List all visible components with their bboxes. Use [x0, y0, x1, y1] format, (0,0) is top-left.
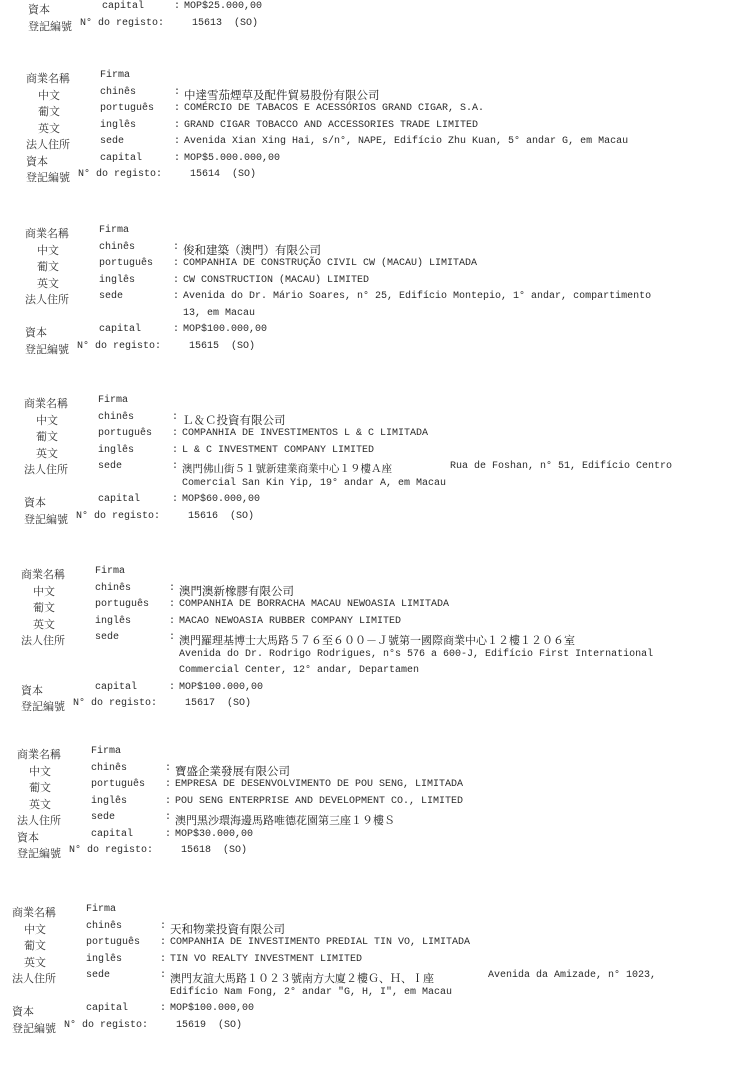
registo-suffix: (SO)	[223, 845, 247, 856]
colon: :	[169, 632, 175, 643]
registo-label-pt: N° do registo:	[69, 845, 153, 856]
registo-label-pt: N° do registo:	[64, 1020, 148, 1031]
capital-label-zh: 資本	[24, 494, 46, 510]
portugues-label-zh: 葡文	[24, 937, 46, 953]
colon: :	[169, 599, 175, 610]
colon: :	[169, 583, 175, 594]
capital-value: MOP$25.000,00	[184, 1, 262, 12]
sede-label-zh: 法人住所	[21, 632, 65, 648]
firma-label-zh: 商業名稱	[24, 395, 68, 411]
capital-value: MOP$100.000,00	[179, 682, 263, 693]
colon: :	[169, 616, 175, 627]
sede-label-zh: 法人住所	[12, 970, 56, 986]
colon: :	[173, 275, 179, 286]
capital-value: MOP$60.000,00	[182, 494, 260, 505]
sede-label-pt: sede	[98, 461, 122, 472]
ingles-label-zh: 英文	[37, 275, 59, 291]
colon: :	[173, 324, 179, 335]
ingles-label-pt: inglês	[98, 445, 134, 456]
capital-label-zh: 資本	[17, 829, 39, 845]
registo-number: 15616	[188, 511, 218, 522]
ingles-label-pt: inglês	[95, 616, 131, 627]
company-name-portuguese: COMPANHIA DE CONSTRUÇÃO CIVIL CW (MACAU)…	[183, 258, 477, 269]
chines-label-zh: 中文	[38, 87, 60, 103]
colon: :	[165, 812, 171, 823]
company-name-chinese: 中達雪茄煙草及配件貿易股份有限公司	[184, 87, 380, 103]
scanned-document-page: 資本 capital : MOP$25.000,00 登記編號 N° do re…	[0, 0, 746, 1074]
registo-suffix: (SO)	[218, 1020, 242, 1031]
firma-label-zh: 商業名稱	[17, 746, 61, 762]
registo-label-zh: 登記編號	[24, 511, 68, 527]
sede-label-zh: 法人住所	[24, 461, 68, 477]
registo-label-pt: N° do registo:	[78, 169, 162, 180]
capital-label-pt: capital	[102, 1, 144, 12]
ingles-label-zh: 英文	[33, 616, 55, 632]
sede-address-line: Avenida Xian Xing Hai, s/n°, NAPE, Edifí…	[184, 136, 628, 147]
portugues-label-pt: português	[99, 258, 153, 269]
company-name-portuguese: COMPANHIA DE BORRACHA MACAU NEWOASIA LIM…	[179, 599, 449, 610]
sede-address-line: Avenida do Dr. Mário Soares, n° 25, Edif…	[183, 291, 651, 302]
sede-label-pt: sede	[91, 812, 115, 823]
company-name-english: GRAND CIGAR TOBACCO AND ACCESSORIES TRAD…	[184, 120, 478, 131]
colon: :	[160, 970, 166, 981]
registo-suffix: (SO)	[234, 18, 258, 29]
sede-address-line: Commercial Center, 12° andar, Departamen	[179, 665, 419, 676]
chines-label-zh: 中文	[36, 412, 58, 428]
colon: :	[174, 153, 180, 164]
sede-label-zh: 法人住所	[26, 136, 70, 152]
colon: :	[174, 103, 180, 114]
company-name-chinese: Ｌ＆Ｃ投資有限公司	[182, 412, 286, 428]
colon: :	[172, 494, 178, 505]
company-name-portuguese: EMPRESA DE DESENVOLVIMENTO DE POU SENG, …	[175, 779, 463, 790]
capital-value: MOP$100.000,00	[170, 1003, 254, 1014]
capital-label-zh: 資本	[21, 682, 43, 698]
firma-label-pt: Firma	[98, 395, 128, 406]
company-name-english: TIN VO REALTY INVESTMENT LIMITED	[170, 954, 362, 965]
capital-label-zh: 資本	[28, 1, 50, 17]
company-name-english: CW CONSTRUCTION (MACAU) LIMITED	[183, 275, 369, 286]
registo-label-zh: 登記編號	[12, 1020, 56, 1036]
ingles-label-zh: 英文	[24, 954, 46, 970]
capital-label-zh: 資本	[25, 324, 47, 340]
colon: :	[169, 682, 175, 693]
sede-address-line: Rua de Foshan, n° 51, Edifício Centro	[450, 461, 672, 472]
company-name-english: MACAO NEWOASIA RUBBER COMPANY LIMITED	[179, 616, 401, 627]
firma-label-zh: 商業名稱	[21, 566, 65, 582]
chines-label-zh: 中文	[29, 763, 51, 779]
colon: :	[172, 412, 178, 423]
registo-number: 15614	[190, 169, 220, 180]
capital-value: MOP$30.000,00	[175, 829, 253, 840]
colon: :	[174, 120, 180, 131]
sede-address-chinese: 澳門友誼大馬路１０２３號南方大廈２樓Ｇ、Ｈ、Ｉ座	[170, 970, 434, 986]
firma-label-pt: Firma	[91, 746, 121, 757]
registo-number: 15613	[192, 18, 222, 29]
colon: :	[174, 136, 180, 147]
registo-number: 15617	[185, 698, 215, 709]
registo-label-pt: N° do registo:	[77, 341, 161, 352]
firma-label-zh: 商業名稱	[26, 70, 70, 86]
company-name-english: L & C INVESTMENT COMPANY LIMITED	[182, 445, 374, 456]
firma-label-zh: 商業名稱	[12, 904, 56, 920]
registo-suffix: (SO)	[227, 698, 251, 709]
company-name-portuguese: COMPANHIA DE INVESTIMENTOS L & C LIMITAD…	[182, 428, 428, 439]
sede-label-zh: 法人住所	[17, 812, 61, 828]
colon: :	[173, 258, 179, 269]
registo-suffix: (SO)	[232, 169, 256, 180]
capital-label-pt: capital	[98, 494, 140, 505]
company-name-chinese: 天和物業投資有限公司	[170, 921, 285, 937]
sede-address-line: 13, em Macau	[183, 308, 255, 319]
colon: :	[160, 937, 166, 948]
firma-label-pt: Firma	[86, 904, 116, 915]
firma-label-pt: Firma	[99, 225, 129, 236]
portugues-label-zh: 葡文	[37, 258, 59, 274]
registo-label-pt: N° do registo:	[80, 18, 164, 29]
chines-label-pt: chinês	[100, 87, 136, 98]
sede-label-pt: sede	[100, 136, 124, 147]
firma-label-pt: Firma	[100, 70, 130, 81]
portugues-label-zh: 葡文	[38, 103, 60, 119]
capital-label-pt: capital	[95, 682, 137, 693]
portugues-label-pt: português	[86, 937, 140, 948]
ingles-label-zh: 英文	[29, 796, 51, 812]
registo-label-pt: N° do registo:	[73, 698, 157, 709]
portugues-label-pt: português	[98, 428, 152, 439]
company-name-english: POU SENG ENTERPRISE AND DEVELOPMENT CO.,…	[175, 796, 463, 807]
capital-label-pt: capital	[91, 829, 133, 840]
registo-label-zh: 登記編號	[26, 169, 70, 185]
ingles-label-pt: inglês	[91, 796, 127, 807]
registo-suffix: (SO)	[230, 511, 254, 522]
registo-number: 15619	[176, 1020, 206, 1031]
sede-address-line: Comercial San Kin Yip, 19° andar A, em M…	[182, 478, 446, 489]
sede-label-pt: sede	[95, 632, 119, 643]
sede-label-zh: 法人住所	[25, 291, 69, 307]
ingles-label-pt: inglês	[86, 954, 122, 965]
ingles-label-pt: inglês	[99, 275, 135, 286]
portugues-label-zh: 葡文	[29, 779, 51, 795]
registo-number: 15618	[181, 845, 211, 856]
sede-address-chinese: 澳門羅理基博士大馬路５７６至６００－Ｊ號第一國際商業中心１２樓１２０６室	[179, 632, 575, 648]
colon: :	[165, 829, 171, 840]
portugues-label-pt: português	[100, 103, 154, 114]
portugues-label-zh: 葡文	[36, 428, 58, 444]
registo-label-pt: N° do registo:	[76, 511, 160, 522]
registo-suffix: (SO)	[231, 341, 255, 352]
registo-label-zh: 登記編號	[25, 341, 69, 357]
chines-label-pt: chinês	[91, 763, 127, 774]
sede-label-pt: sede	[99, 291, 123, 302]
capital-label-pt: capital	[86, 1003, 128, 1014]
portugues-label-pt: português	[91, 779, 145, 790]
portugues-label-pt: português	[95, 599, 149, 610]
sede-address-chinese: 澳門佛山街５１號新建業商業中心１９樓Ａ座	[182, 461, 392, 476]
colon: :	[172, 445, 178, 456]
chines-label-zh: 中文	[33, 583, 55, 599]
ingles-label-zh: 英文	[38, 120, 60, 136]
colon: :	[160, 921, 166, 932]
sede-address-chinese: 澳門黑沙環海邊馬路唯德花園第三座１９樓Ｓ	[175, 812, 395, 828]
company-name-chinese: 俊和建築（澳門）有限公司	[183, 242, 321, 258]
sede-address-line: Avenida do Dr. Rodrigo Rodrigues, n°s 57…	[179, 649, 653, 660]
sede-address-line: Avenida da Amizade, n° 1023,	[488, 970, 656, 981]
colon: :	[174, 1, 180, 12]
company-name-chinese: 澳門澳新橡膠有限公司	[179, 583, 294, 599]
colon: :	[165, 779, 171, 790]
chines-label-zh: 中文	[24, 921, 46, 937]
capital-label-zh: 資本	[26, 153, 48, 169]
ingles-label-zh: 英文	[36, 445, 58, 461]
portugues-label-zh: 葡文	[33, 599, 55, 615]
sede-label-pt: sede	[86, 970, 110, 981]
firma-label-zh: 商業名稱	[25, 225, 69, 241]
capital-label-pt: capital	[100, 153, 142, 164]
capital-label-zh: 資本	[12, 1003, 34, 1019]
sede-address-line: Edifício Nam Fong, 2° andar "G, H, I", e…	[170, 987, 452, 998]
company-name-portuguese: COMPANHIA DE INVESTIMENTO PREDIAL TIN VO…	[170, 937, 470, 948]
company-name-portuguese: COMÉRCIO DE TABACOS E ACESSÓRIOS GRAND C…	[184, 103, 484, 114]
firma-label-pt: Firma	[95, 566, 125, 577]
ingles-label-pt: inglês	[100, 120, 136, 131]
colon: :	[165, 763, 171, 774]
registo-number: 15615	[189, 341, 219, 352]
registo-label-zh: 登記編號	[28, 18, 72, 34]
colon: :	[165, 796, 171, 807]
chines-label-pt: chinês	[95, 583, 131, 594]
capital-label-pt: capital	[99, 324, 141, 335]
registo-label-zh: 登記編號	[21, 698, 65, 714]
colon: :	[172, 428, 178, 439]
chines-label-pt: chinês	[86, 921, 122, 932]
colon: :	[172, 461, 178, 472]
chines-label-pt: chinês	[98, 412, 134, 423]
colon: :	[173, 242, 179, 253]
colon: :	[173, 291, 179, 302]
colon: :	[160, 954, 166, 965]
colon: :	[160, 1003, 166, 1014]
registo-label-zh: 登記編號	[17, 845, 61, 861]
colon: :	[174, 87, 180, 98]
chines-label-zh: 中文	[37, 242, 59, 258]
capital-value: MOP$100.000,00	[183, 324, 267, 335]
company-name-chinese: 寶盛企業發展有限公司	[175, 763, 290, 779]
capital-value: MOP$5.000.000,00	[184, 153, 280, 164]
chines-label-pt: chinês	[99, 242, 135, 253]
